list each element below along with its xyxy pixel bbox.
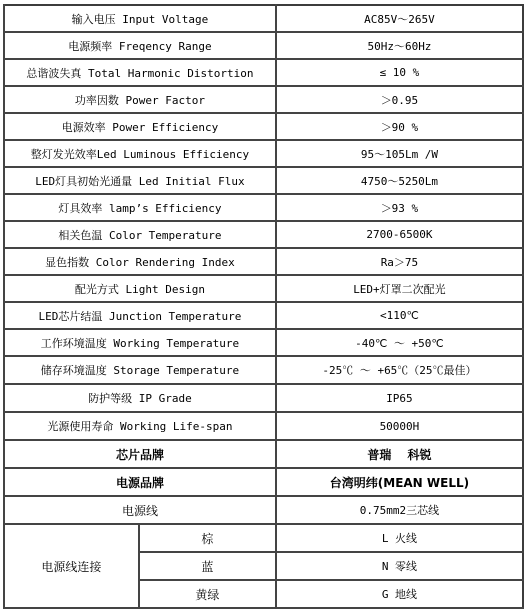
spec-row-total-harmonic-distortion: 总谐波失真 Total Harmonic Distortion ≤ 10 % — [4, 59, 523, 86]
spec-label: 整灯发光效率Led Luminous Efficiency — [4, 140, 276, 167]
spec-row-color-rendering-index: 显色指数 Color Rendering Index Ra＞75 — [4, 248, 523, 275]
spec-row-working-life-span: 光源使用寿命 Working Life-span 50000H — [4, 412, 523, 440]
spec-value: 2700-6500K — [276, 221, 523, 248]
spec-row-frequency-range: 电源频率 Freqency Range 50Hz～60Hz — [4, 32, 523, 59]
spec-row-color-temperature: 相关色温 Color Temperature 2700-6500K — [4, 221, 523, 248]
spec-label: 储存环境温度 Storage Temperature — [4, 356, 276, 384]
spec-row-ip-grade: 防护等级 IP Grade IP65 — [4, 384, 523, 412]
spec-row-power-efficiency: 电源效率 Power Efficiency ＞90 % — [4, 113, 523, 140]
spec-value: Ra＞75 — [276, 248, 523, 275]
wire-color: 黄绿 — [139, 580, 276, 608]
wire-function: N 零线 — [276, 552, 523, 580]
spec-row-junction-temperature: LED芯片结温 Junction Temperature <110℃ — [4, 302, 523, 329]
spec-value: -40℃ ～ +50℃ — [276, 329, 523, 356]
spec-table: 输入电压 Input Voltage AC85V～265V 电源频率 Freqe… — [3, 4, 524, 609]
spec-row-input-voltage: 输入电压 Input Voltage AC85V～265V — [4, 5, 523, 32]
brand-row-chip: 芯片品牌 普瑞 科锐 — [4, 440, 523, 468]
spec-value: 50Hz～60Hz — [276, 32, 523, 59]
spec-label: 光源使用寿命 Working Life-span — [4, 412, 276, 440]
spec-row-power-factor: 功率因数 Power Factor ＞0.95 — [4, 86, 523, 113]
spec-value: ＞0.95 — [276, 86, 523, 113]
spec-label: 电源频率 Freqency Range — [4, 32, 276, 59]
spec-value: -25℃ ～ +65℃（25℃最佳） — [276, 356, 523, 384]
spec-row-working-temperature: 工作环境温度 Working Temperature -40℃ ～ +50℃ — [4, 329, 523, 356]
spec-label: LED灯具初始光通量 Led Initial Flux — [4, 167, 276, 194]
power-supply-brand-value: 台湾明纬(MEAN WELL) — [276, 468, 523, 496]
spec-row-lamp-efficiency: 灯具效率 lamp’s Efficiency ＞93 % — [4, 194, 523, 221]
power-cable-row: 电源线 0.75mm2三芯线 — [4, 496, 523, 524]
spec-value: 4750～5250Lm — [276, 167, 523, 194]
spec-label: 显色指数 Color Rendering Index — [4, 248, 276, 275]
chip-brand-label: 芯片品牌 — [4, 440, 276, 468]
spec-value: LED+灯罩二次配光 — [276, 275, 523, 302]
spec-label: 工作环境温度 Working Temperature — [4, 329, 276, 356]
cable-connection-label: 电源线连接 — [4, 524, 139, 608]
spec-row-initial-flux: LED灯具初始光通量 Led Initial Flux 4750～5250Lm — [4, 167, 523, 194]
brand-row-power-supply: 电源品牌 台湾明纬(MEAN WELL) — [4, 468, 523, 496]
spec-label: 防护等级 IP Grade — [4, 384, 276, 412]
spec-row-luminous-efficiency: 整灯发光效率Led Luminous Efficiency 95～105Lm /… — [4, 140, 523, 167]
spec-value: IP65 — [276, 384, 523, 412]
spec-label: 输入电压 Input Voltage — [4, 5, 276, 32]
power-cable-label: 电源线 — [4, 496, 276, 524]
power-cable-value: 0.75mm2三芯线 — [276, 496, 523, 524]
spec-value: 95～105Lm /W — [276, 140, 523, 167]
spec-label: 配光方式 Light Design — [4, 275, 276, 302]
spec-value: AC85V～265V — [276, 5, 523, 32]
spec-value: <110℃ — [276, 302, 523, 329]
spec-value: ≤ 10 % — [276, 59, 523, 86]
cable-connection-row-brown: 电源线连接 棕 L 火线 — [4, 524, 523, 552]
spec-value: ＞90 % — [276, 113, 523, 140]
chip-brand-value: 普瑞 科锐 — [276, 440, 523, 468]
spec-label: 灯具效率 lamp’s Efficiency — [4, 194, 276, 221]
spec-value: ＞93 % — [276, 194, 523, 221]
spec-label: 电源效率 Power Efficiency — [4, 113, 276, 140]
spec-value: 50000H — [276, 412, 523, 440]
spec-row-light-design: 配光方式 Light Design LED+灯罩二次配光 — [4, 275, 523, 302]
wire-color: 蓝 — [139, 552, 276, 580]
spec-row-storage-temperature: 储存环境温度 Storage Temperature -25℃ ～ +65℃（2… — [4, 356, 523, 384]
spec-label: 功率因数 Power Factor — [4, 86, 276, 113]
spec-label: LED芯片结温 Junction Temperature — [4, 302, 276, 329]
wire-color: 棕 — [139, 524, 276, 552]
spec-label: 相关色温 Color Temperature — [4, 221, 276, 248]
power-supply-brand-label: 电源品牌 — [4, 468, 276, 496]
spec-label: 总谐波失真 Total Harmonic Distortion — [4, 59, 276, 86]
wire-function: L 火线 — [276, 524, 523, 552]
wire-function: G 地线 — [276, 580, 523, 608]
